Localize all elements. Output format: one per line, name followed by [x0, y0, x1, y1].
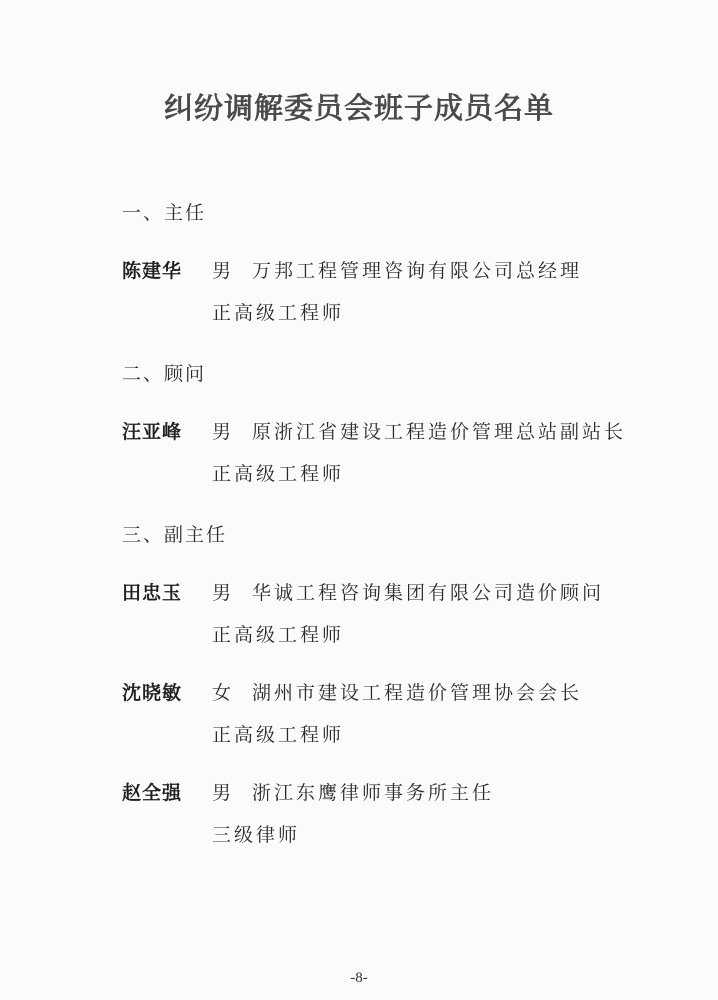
member-title: 正高级工程师 — [122, 298, 682, 325]
member-position: 华诚工程咨询集团有限公司造价顾问 — [252, 578, 604, 605]
member-gender: 女 — [212, 678, 252, 705]
member-gender: 男 — [212, 256, 252, 283]
section-heading-director: 一、主任 — [122, 198, 206, 225]
member-entry: 赵全强 男 浙江东鹰律师事务所主任 三级律师 — [122, 778, 682, 847]
member-name: 陈建华 — [122, 256, 212, 283]
section-heading-advisor: 二、顾问 — [122, 359, 206, 386]
member-position: 原浙江省建设工程造价管理总站副站长 — [252, 417, 626, 444]
document-title: 纠纷调解委员会班子成员名单 — [0, 86, 718, 127]
member-title: 三级律师 — [122, 820, 682, 847]
member-name: 田忠玉 — [122, 578, 212, 605]
member-title: 正高级工程师 — [122, 620, 682, 647]
member-gender: 男 — [212, 778, 252, 805]
member-gender: 男 — [212, 417, 252, 444]
member-gender: 男 — [212, 578, 252, 605]
member-title: 正高级工程师 — [122, 459, 682, 486]
member-entry: 田忠玉 男 华诚工程咨询集团有限公司造价顾问 正高级工程师 — [122, 578, 682, 647]
member-position: 浙江东鹰律师事务所主任 — [252, 778, 494, 805]
member-name: 赵全强 — [122, 778, 212, 805]
member-position: 万邦工程管理咨询有限公司总经理 — [252, 256, 582, 283]
member-name: 沈晓敏 — [122, 678, 212, 705]
member-entry: 陈建华 男 万邦工程管理咨询有限公司总经理 正高级工程师 — [122, 256, 682, 325]
member-position: 湖州市建设工程造价管理协会会长 — [252, 678, 582, 705]
member-name: 汪亚峰 — [122, 417, 212, 444]
member-entry: 汪亚峰 男 原浙江省建设工程造价管理总站副站长 正高级工程师 — [122, 417, 682, 486]
section-heading-deputy-director: 三、副主任 — [122, 520, 227, 547]
member-title: 正高级工程师 — [122, 720, 682, 747]
page-number: -8- — [0, 970, 718, 987]
member-entry: 沈晓敏 女 湖州市建设工程造价管理协会会长 正高级工程师 — [122, 678, 682, 747]
